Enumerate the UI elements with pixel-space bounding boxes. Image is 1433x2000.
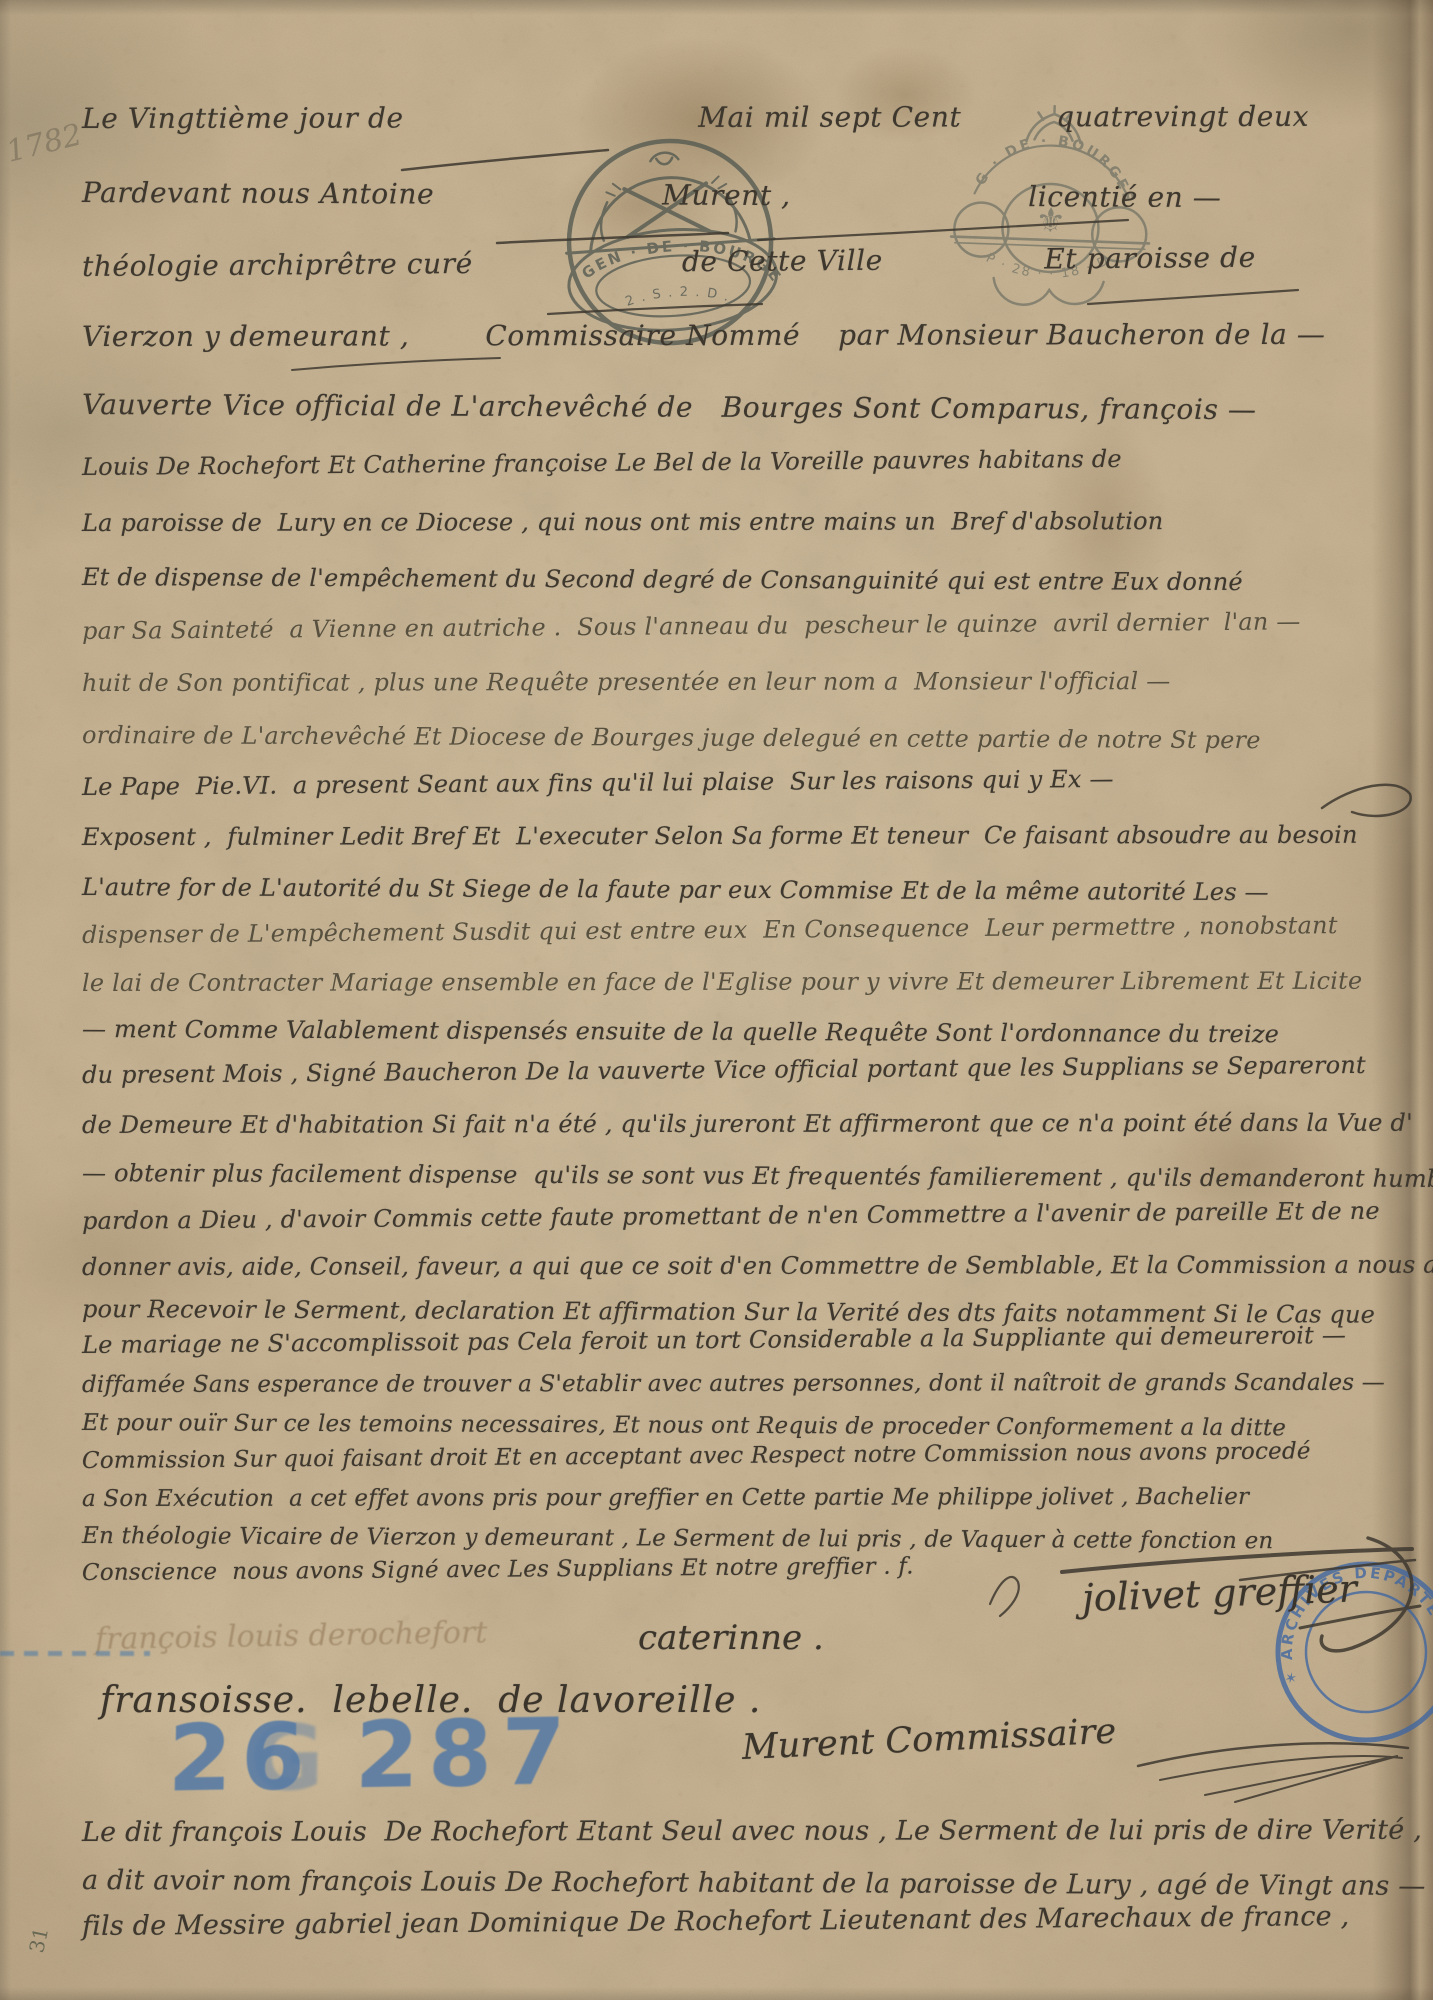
manuscript-line: — obtenir plus facilement dispense qu'il… bbox=[82, 1158, 1412, 1194]
manuscript-line: Pardevant nous Antoine Murent , licentié… bbox=[82, 178, 1412, 214]
manuscript-line: donner avis, aide, Conseil, faveur, a qu… bbox=[82, 1250, 1412, 1282]
manuscript-line: — ment Comme Valablement dispensés ensui… bbox=[82, 1014, 1412, 1050]
manuscript-line: Exposent , fulminer Ledit Bref Et L'exec… bbox=[82, 820, 1412, 852]
manuscript-line: ordinaire de L'archevêché Et Diocese de … bbox=[82, 720, 1412, 756]
manuscript-line: diffamée Sans esperance de trouver a S'e… bbox=[82, 1368, 1412, 1400]
manuscript-line: Le Vingttième jour de Mai mil sept Cent … bbox=[82, 102, 1412, 134]
manuscript-line: a dit avoir nom françois Louis De Rochef… bbox=[82, 1866, 1412, 1902]
archive-number-stamp: 26 287 bbox=[167, 1698, 575, 1812]
manuscript-page: GEN · DE · BOURGES 2 . S . 2 . D . ⚜ G ·… bbox=[0, 0, 1433, 2000]
signature-francois-louis-derochefort-faded: françois louis derochefort bbox=[95, 1615, 488, 1657]
manuscript-line: le lai de Contracter Mariage ensemble en… bbox=[82, 966, 1412, 998]
manuscript-line: Le dit françois Louis De Rochefort Etant… bbox=[82, 1816, 1412, 1848]
manuscript-line: L'autre for de L'autorité du St Siege de… bbox=[82, 872, 1412, 908]
manuscript-line: Et de dispense de l'empêchement du Secon… bbox=[82, 562, 1412, 598]
blue-smear-mark bbox=[0, 1651, 150, 1656]
manuscript-line: Vierzon y demeurant , Commissaire Nommé … bbox=[82, 320, 1412, 352]
signature-caterinne: caterinne . bbox=[638, 1618, 824, 1658]
manuscript-line: Vauverte Vice official de L'archevêché d… bbox=[82, 390, 1412, 426]
manuscript-line: de Demeure Et d'habitation Si fait n'a é… bbox=[82, 1108, 1412, 1140]
manuscript-line: a Son Exécution a cet effet avons pris p… bbox=[82, 1482, 1412, 1514]
manuscript-line: huit de Son pontificat , plus une Requêt… bbox=[82, 666, 1412, 698]
manuscript-line: La paroisse de Lury en ce Diocese , qui … bbox=[82, 506, 1412, 538]
